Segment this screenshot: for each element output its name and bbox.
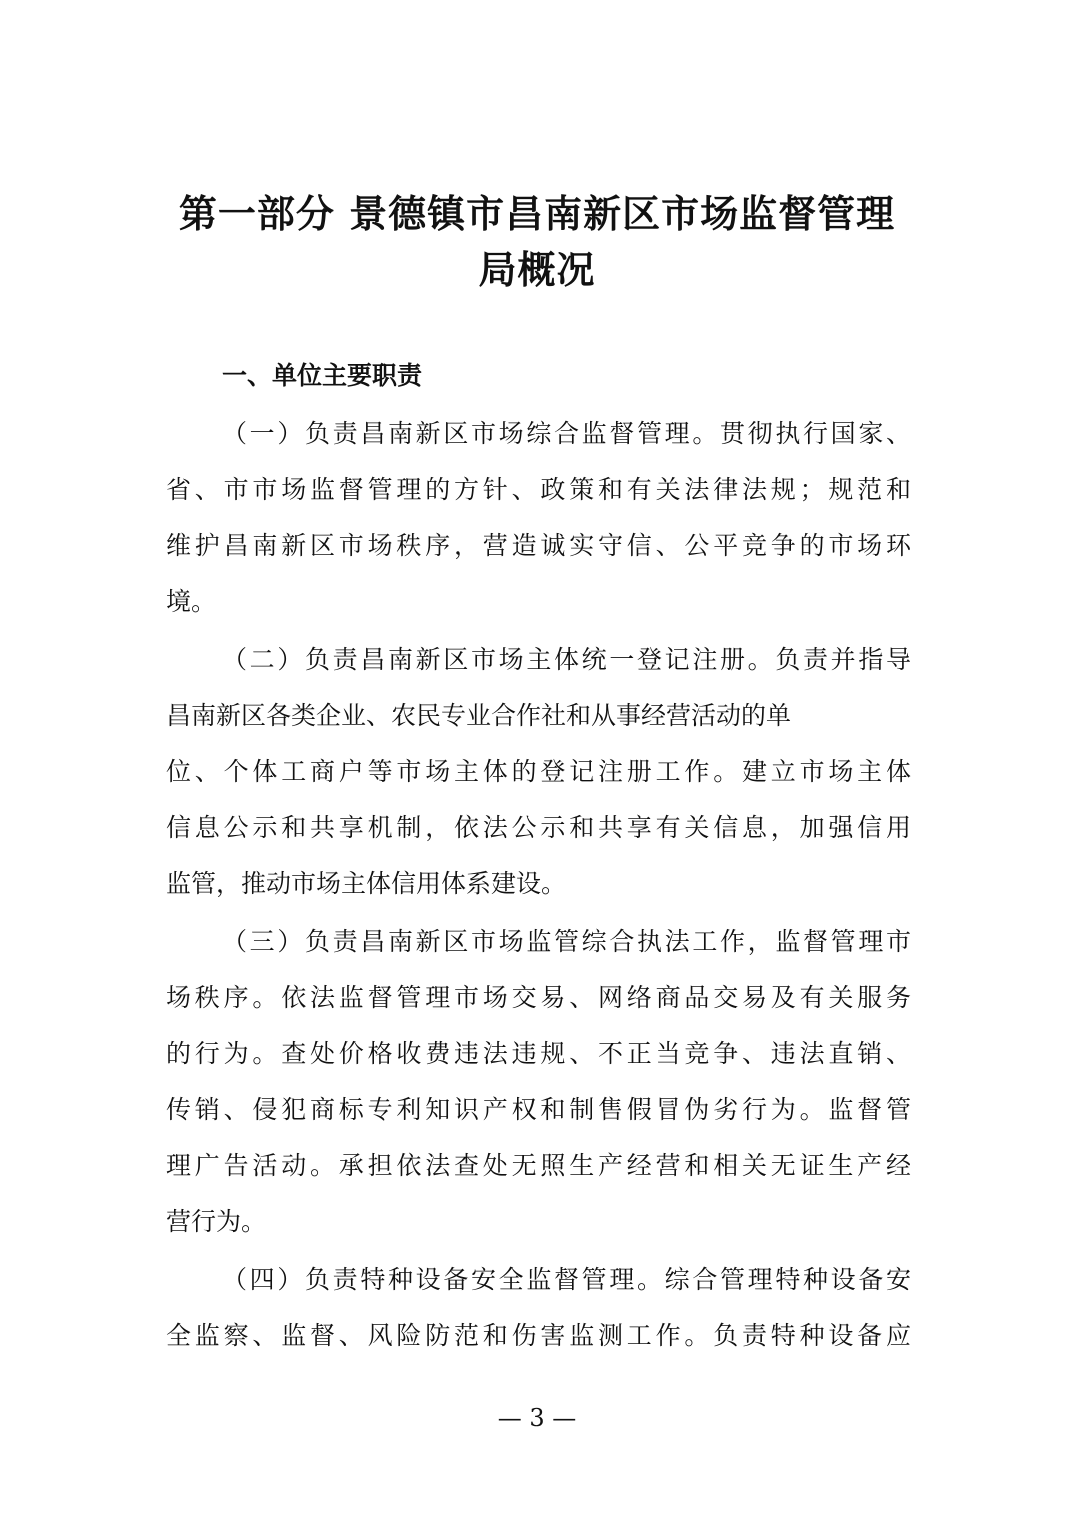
paragraph-3-line: 理广告活动。承担依法查处无照生产经营和相关无证生产经: [166, 1146, 911, 1186]
paragraph-2-line: （二）负责昌南新区市场主体统一登记注册。负责并指导: [222, 640, 911, 680]
paragraph-3-line: 传销、侵犯商标专利知识产权和制售假冒伪劣行为。监督管: [166, 1090, 911, 1130]
paragraph-1-line: 维护昌南新区市场秩序，营造诚实守信、公平竞争的市场环: [166, 526, 911, 566]
paragraph-4-line: 全监察、监督、风险防范和伤害监测工作。负责特种设备应: [166, 1316, 911, 1356]
document-title-line2: 局概况: [150, 240, 924, 300]
paragraph-3-line: 营行为。: [166, 1202, 911, 1242]
paragraph-2-line: 昌南新区各类企业、农民专业合作社和从事经营活动的单: [166, 696, 911, 736]
paragraph-3-line: 场秩序。依法监督管理市场交易、网络商品交易及有关服务: [166, 978, 911, 1018]
document-page: 第一部分 景德镇市昌南新区市场监督管理 局概况 一、单位主要职责 （一）负责昌南…: [0, 0, 1074, 1520]
document-title-line1: 第一部分 景德镇市昌南新区市场监督管理: [150, 184, 924, 244]
page-number: — 3 —: [0, 1398, 1074, 1438]
paragraph-2-line: 监管，推动市场主体信用体系建设。: [166, 864, 911, 904]
paragraph-4-line: （四）负责特种设备安全监督管理。综合管理特种设备安: [222, 1260, 911, 1300]
paragraph-2-line: 位、个体工商户等市场主体的登记注册工作。建立市场主体: [166, 752, 911, 792]
paragraph-3-line: （三）负责昌南新区市场监管综合执法工作，监督管理市: [222, 922, 911, 962]
paragraph-2-line: 信息公示和共享机制，依法公示和共享有关信息，加强信用: [166, 808, 911, 848]
paragraph-3-line: 的行为。查处价格收费违法违规、不正当竞争、违法直销、: [166, 1034, 911, 1074]
paragraph-1-line: 省、市市场监督管理的方针、政策和有关法律法规；规范和: [166, 470, 911, 510]
paragraph-1-line: 境。: [166, 582, 911, 622]
paragraph-1-line: （一）负责昌南新区市场综合监督管理。贯彻执行国家、: [222, 414, 911, 454]
section-heading: 一、单位主要职责: [222, 356, 422, 396]
